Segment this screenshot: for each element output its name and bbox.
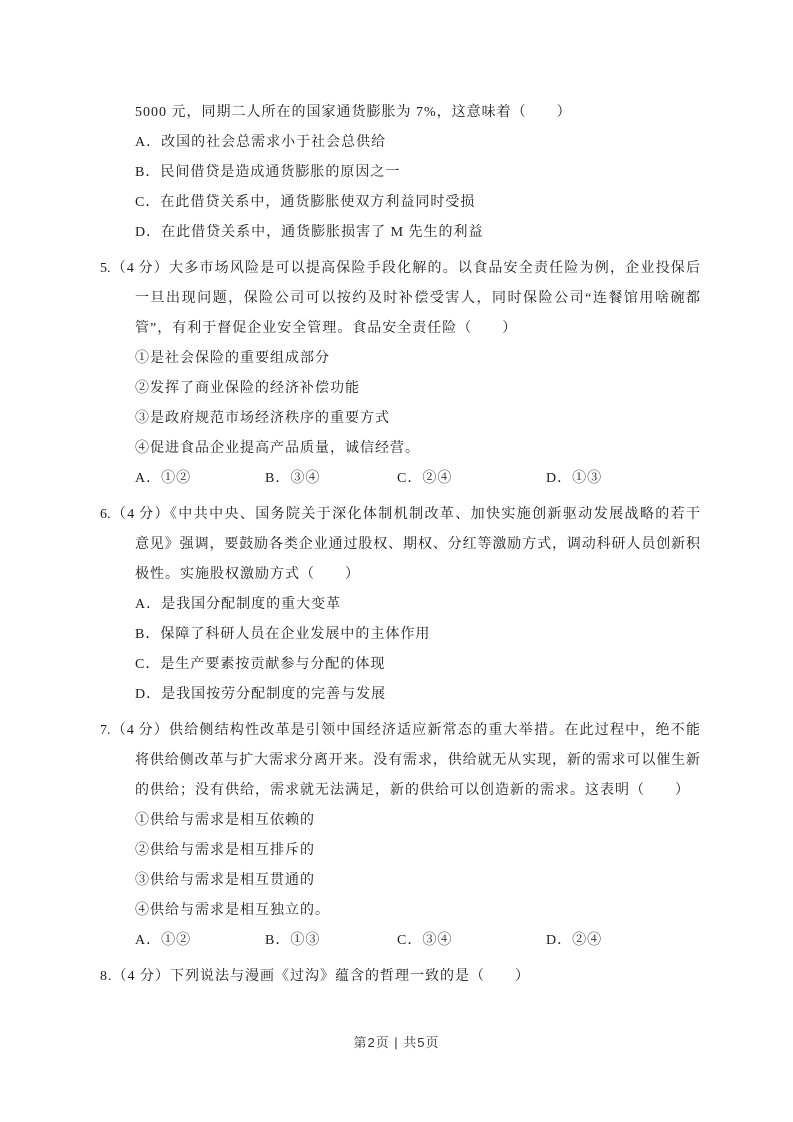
exam-page: 5000 元，同期二人所在的国家通货膨胀为 7%，这意味着（ ）A．改国的社会总… [0,0,793,1122]
text-line: ①是社会保险的重要组成部分 [100,344,700,374]
text-line: C．在此借贷关系中，通货膨胀使双方利益同时受损 [100,188,700,218]
answer-choice: C．③④ [397,926,546,956]
question-line: 5.（4 分）大多市场风险是可以提高保险手段化解的。以食品安全责任险为例，企业投… [100,254,700,284]
text-line: C．是生产要素按贡献参与分配的体现 [100,650,700,680]
text-line: A．是我国分配制度的重大变革 [100,590,700,620]
text-line: 将供给侧改革与扩大需求分离开来。没有需求，供给就无从实现，新的需求可以催生新 [100,746,700,776]
text-line: D．是我国按劳分配制度的完善与发展 [100,680,700,710]
text-line: D．在此借贷关系中，通货膨胀损害了 M 先生的利益 [100,218,700,248]
text-line: ②发挥了商业保险的经济补偿功能 [100,374,700,404]
text-line: ③是政府规范市场经济秩序的重要方式 [100,404,700,434]
answer-choice: A．①② [135,464,265,494]
text-line: ①供给与需求是相互依赖的 [100,806,700,836]
text-line: ③供给与需求是相互贯通的 [100,866,700,896]
text-line: 一旦出现问题，保险公司可以按约及时补偿受害人，同时保险公司“连餐馆用啥碗都 [100,284,700,314]
text-line: ④供给与需求是相互独立的。 [100,896,700,926]
text-line: B．民间借贷是造成通货膨胀的原因之一 [100,158,700,188]
answer-choice: B．①③ [265,926,397,956]
page-number-label: 第2页 | 共5页 [353,1035,439,1050]
text-line: 的供给；没有供给，需求就无法满足，新的供给可以创造新的需求。这表明（ ） [100,776,700,806]
text-line: 意见》强调，要鼓励各类企业通过股权、期权、分红等激励方式，调动科研人员创新积 [100,530,700,560]
answer-choice-row: A．①②B．①③C．③④D．②④ [100,926,700,956]
question-line: 6.（4 分）《中共中央、国务院关于深化体制机制改革、加快实施创新驱动发展战略的… [100,500,700,530]
answer-choice: B．③④ [265,464,397,494]
document-lines: 5000 元，同期二人所在的国家通货膨胀为 7%，这意味着（ ）A．改国的社会总… [100,98,700,992]
question-line: 8.（4 分）下列说法与漫画《过沟》蕴含的哲理一致的是（ ） [100,962,700,992]
answer-choice: A．①② [135,926,265,956]
answer-choice-row: A．①②B．③④C．②④D．①③ [100,464,700,494]
answer-choice: D．①③ [546,464,602,494]
answer-choice: C．②④ [397,464,546,494]
question-line: 7.（4 分）供给侧结构性改革是引领中国经济适应新常态的重大举措。在此过程中，绝… [100,716,700,746]
answer-choice: D．②④ [546,926,602,956]
text-line: 极性。实施股权激励方式（ ） [100,560,700,590]
text-line: 5000 元，同期二人所在的国家通货膨胀为 7%，这意味着（ ） [100,98,700,128]
text-line: ④促进食品企业提高产品质量，诚信经营。 [100,434,700,464]
text-line: 管”，有利于督促企业安全管理。食品安全责任险（ ） [100,314,700,344]
page-footer: 第2页 | 共5页 [0,1032,793,1051]
text-line: A．改国的社会总需求小于社会总供给 [100,128,700,158]
text-line: B．保障了科研人员在企业发展中的主体作用 [100,620,700,650]
text-line: ②供给与需求是相互排斥的 [100,836,700,866]
